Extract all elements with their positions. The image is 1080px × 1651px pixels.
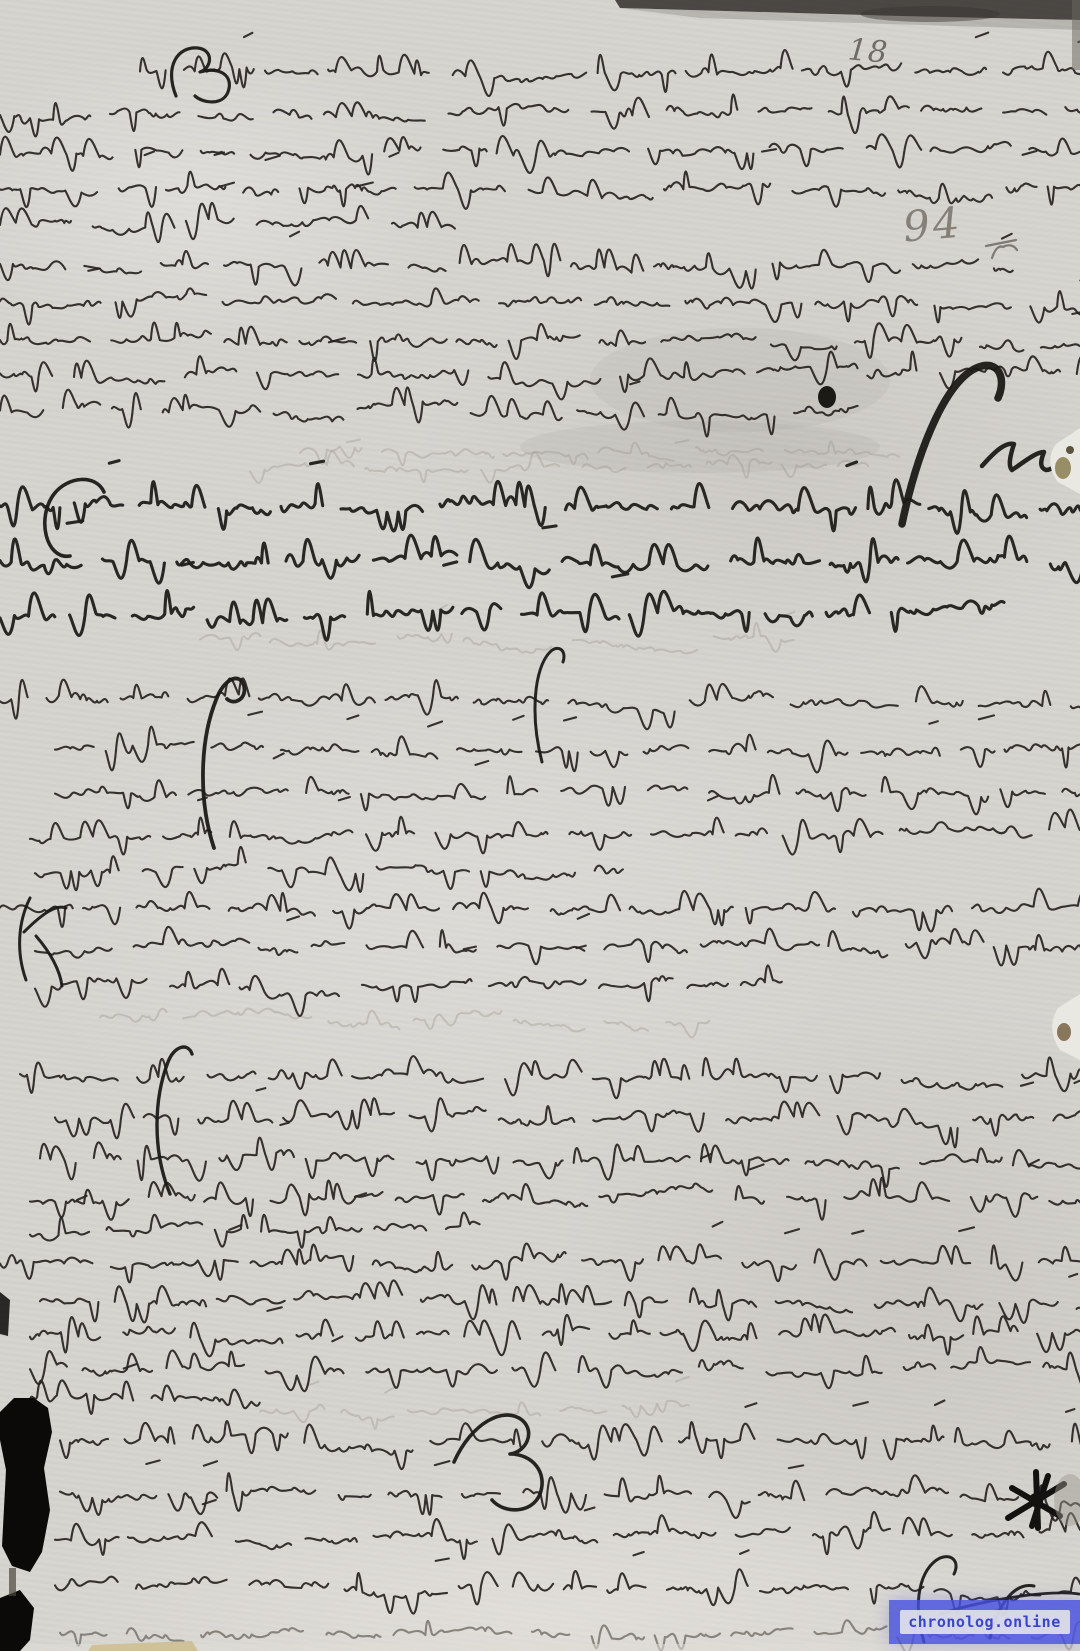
handwriting-stroke bbox=[30, 1336, 1080, 1391]
handwriting-stroke bbox=[902, 365, 1001, 524]
handwriting-stroke bbox=[0, 149, 1080, 209]
handwriting-stroke bbox=[30, 1193, 480, 1247]
handwriting-stroke bbox=[40, 1123, 1080, 1187]
ink-blot bbox=[0, 1292, 52, 1651]
handwriting-stroke bbox=[172, 48, 230, 102]
folio-number-annotation: 94 bbox=[901, 198, 964, 252]
handwriting-stroke bbox=[0, 678, 1080, 729]
handwriting-stroke bbox=[0, 338, 1080, 399]
page-number-annotation: 18 bbox=[847, 32, 890, 70]
watermark-text: chronolog.online bbox=[908, 1613, 1061, 1631]
watermark: chronolog.online bbox=[889, 1600, 1080, 1644]
handwriting-stroke bbox=[60, 1460, 1080, 1520]
handwriting-stroke bbox=[982, 444, 1062, 470]
handwriting-stroke bbox=[60, 1400, 1080, 1469]
handwriting-stroke bbox=[55, 1078, 1080, 1147]
handwriting-stroke bbox=[0, 134, 1080, 174]
ink-blotch bbox=[818, 386, 836, 408]
handwriting-stroke bbox=[0, 269, 1080, 325]
handwriting-stroke bbox=[35, 914, 1080, 966]
handwriting-stroke bbox=[260, 1377, 689, 1429]
handwriting-stroke bbox=[0, 562, 1004, 640]
handwriting-flourishes bbox=[20, 48, 1079, 1642]
handwriting-stroke bbox=[20, 1056, 1080, 1098]
handwriting-stroke bbox=[30, 1307, 1080, 1356]
watermark-band: chronolog.online bbox=[900, 1610, 1070, 1634]
handwriting-stroke bbox=[0, 1222, 1080, 1283]
handwriting-stroke bbox=[203, 678, 245, 848]
manuscript-page: 18 94 chronolog.online bbox=[0, 0, 1080, 1651]
handwriting-stroke bbox=[30, 796, 1080, 854]
handwriting-stroke bbox=[535, 648, 564, 762]
damage-spot bbox=[1052, 994, 1080, 1060]
damage-spot bbox=[1050, 428, 1080, 494]
handwriting-stroke bbox=[140, 33, 1080, 96]
handwriting-stroke bbox=[0, 183, 455, 243]
handwriting-stroke bbox=[35, 946, 782, 1016]
handwriting-stroke bbox=[100, 1009, 709, 1038]
handwriting-stroke bbox=[30, 1364, 260, 1414]
handwriting-lines bbox=[0, 33, 1080, 1651]
handwriting-stroke bbox=[0, 232, 1013, 289]
handwriting-stroke bbox=[0, 311, 1080, 361]
tan-edge-sliver bbox=[88, 1641, 198, 1651]
handwriting-stroke bbox=[0, 94, 1080, 136]
handwriting-stroke bbox=[0, 521, 1080, 588]
handwriting-stroke bbox=[40, 1274, 1080, 1323]
handwriting-stroke bbox=[454, 1415, 542, 1510]
handwriting-stroke bbox=[157, 1047, 192, 1194]
handwriting-stroke bbox=[986, 240, 1017, 258]
